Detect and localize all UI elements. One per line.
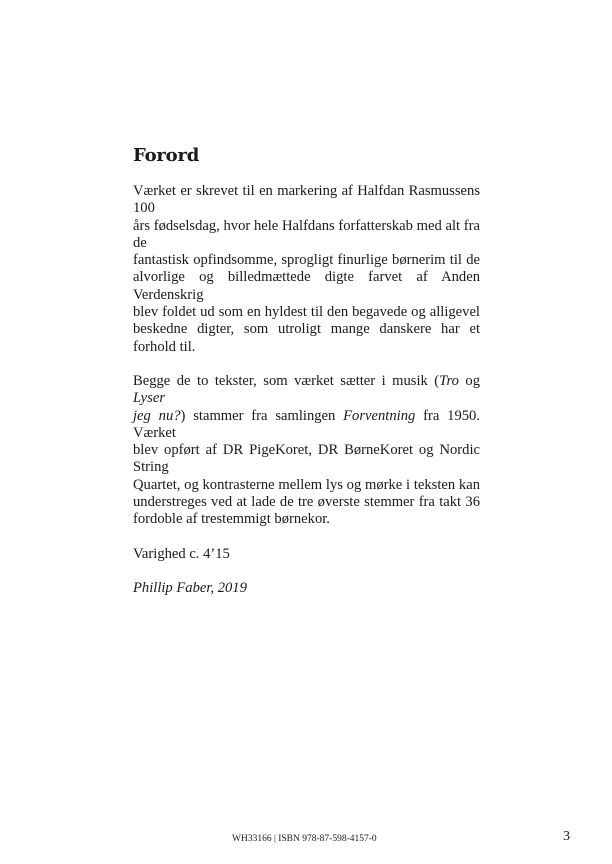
text-line: fantastisk opfindsomme, sprogligt finurl… [133,252,480,269]
text-line: Quartet, og kontrasterne mellem lys og m… [133,477,480,494]
preface-section: Forord Værket er skrevet til en markerin… [133,144,480,614]
text-line: fordoble af trestemmigt børnekor. [133,511,480,528]
paragraph-intro: Værket er skrevet til en markering af Ha… [133,183,480,356]
work-title-lyser: Lyser [133,390,165,406]
work-title-tro: Tro [439,373,459,389]
author-signature: Phillip Faber, 2019 [133,580,480,597]
collection-title: Forventning [343,408,415,424]
text-line: jeg nu?) stammer fra samlingen Forventni… [133,408,480,443]
text-line: blev foldet ud som en hyldest til den be… [133,304,480,321]
document-page: Forord Værket er skrevet til en markerin… [0,0,612,864]
text-run: og [459,373,480,389]
text-line: Værket er skrevet til en markering af Ha… [133,183,480,218]
text-line: blev opført af DR PigeKoret, DR BørneKor… [133,442,480,477]
text-run: Begge de to tekster, som værket sætter i… [133,373,439,389]
duration-note: Varighed c. 4’15 [133,546,480,563]
text-line: Begge de to tekster, som værket sætter i… [133,373,480,408]
text-run: ) stammer fra samlingen [181,408,344,424]
text-line: understreges ved at lade de tre øverste … [133,494,480,511]
text-line: års fødselsdag, hvor hele Halfdans forfa… [133,218,480,253]
page-title: Forord [133,144,480,168]
footer-catalog-isbn: WH33166 | ISBN 978-87-598-4157-0 [232,833,377,845]
text-line: beskedne digter, som utroligt mange dans… [133,321,480,356]
page-number: 3 [563,829,570,845]
work-title-lyser-cont: jeg nu? [133,408,181,424]
paragraph-texts: Begge de to tekster, som værket sætter i… [133,373,480,529]
text-line: alvorlige og billedmættede digte farvet … [133,269,480,304]
